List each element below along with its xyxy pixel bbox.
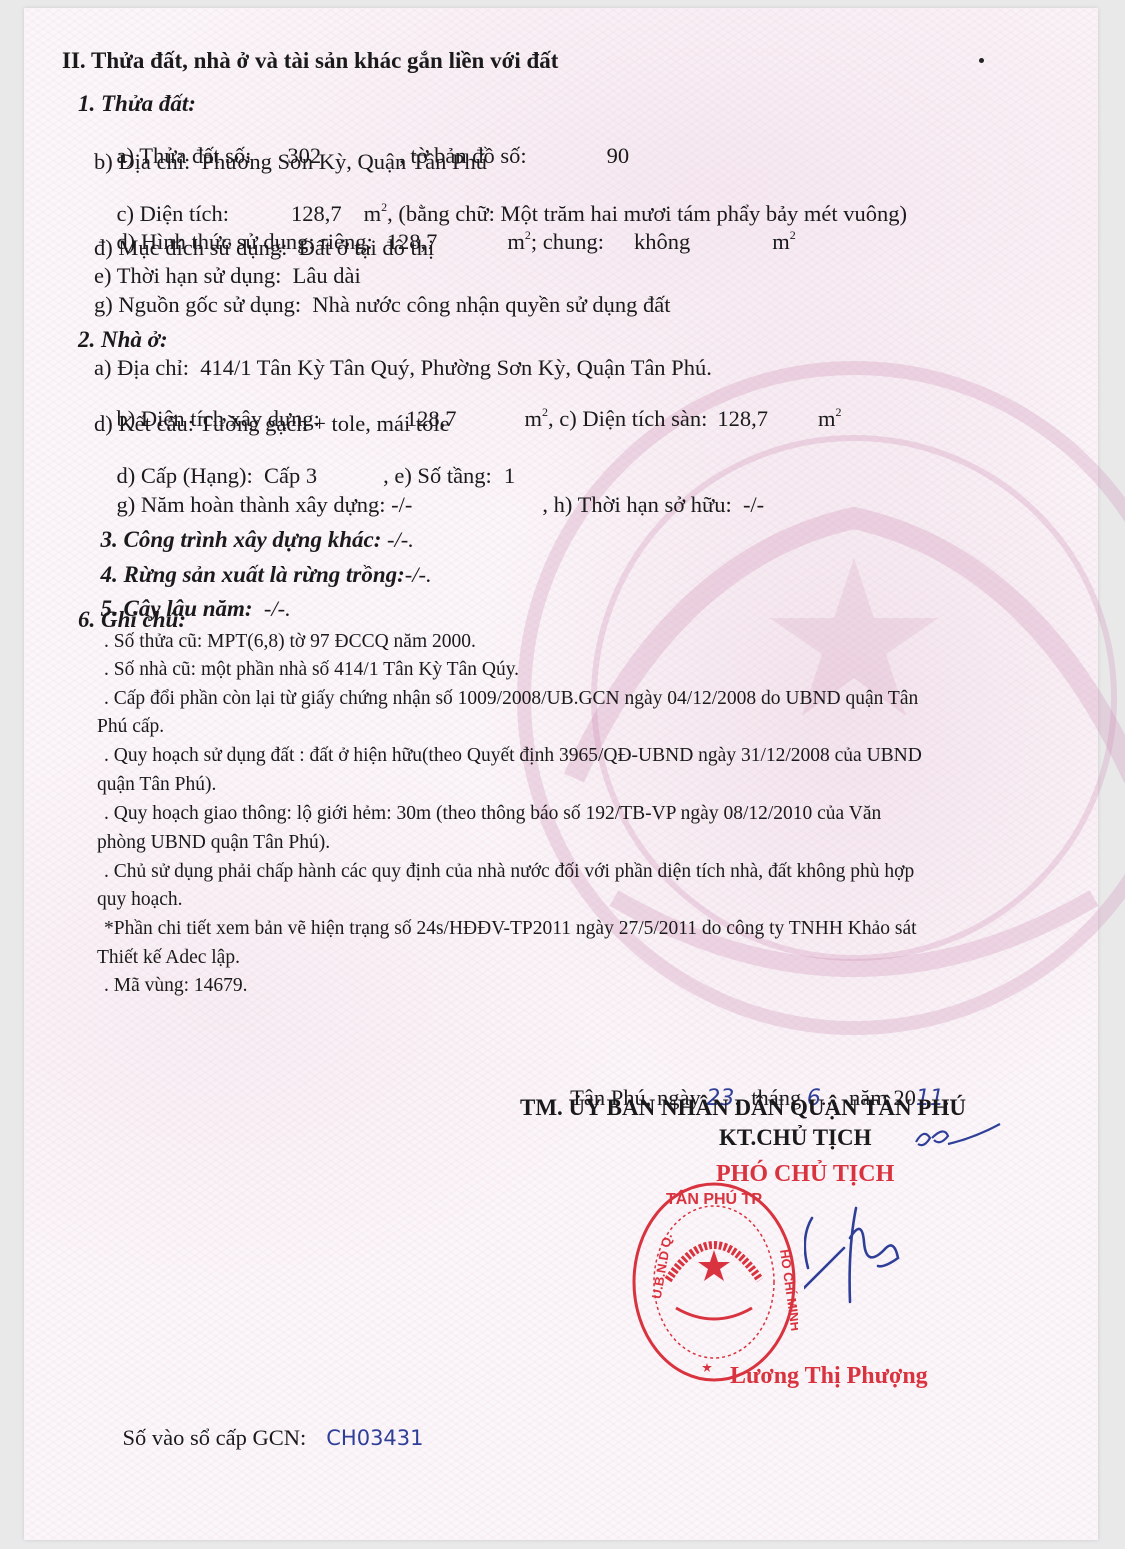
house-heading: 2. Nhà ở: [78, 328, 168, 351]
note-line: . Quy hoạch sử dụng đất : đất ở hiện hữu… [104, 746, 922, 766]
private-area-unit: m [507, 229, 525, 254]
perennial-trees-value: -/-. [253, 596, 291, 621]
land-purpose: đ) Mục đích sử dụng: Đất ở tại đô thị [94, 237, 434, 260]
note-line: . Mã vùng: 14679. [104, 976, 248, 996]
note-line: . Chủ sử dụng phải chấp hành các quy địn… [104, 862, 914, 882]
notes-heading: 6. Ghi chú: [78, 608, 186, 631]
note-line: Phú cấp. [97, 717, 164, 737]
note-line: *Phần chi tiết xem bản vẽ hiện trạng số … [104, 919, 917, 939]
certificate-page: II. Thửa đất, nhà ở và tài sản khác gắn … [24, 8, 1098, 1540]
note-line: . Quy hoạch giao thông: lộ giới hẻm: 30m… [104, 804, 881, 824]
shared-area-value: không [634, 229, 690, 254]
land-origin: g) Nguồn gốc sử dụng: Nhà nước công nhận… [94, 294, 671, 317]
official-seal-icon: TÂN PHÚ TP U.B.N.D Q. HỒ CHÍ MINH [630, 1180, 798, 1388]
building-area-unit: m [525, 406, 543, 431]
emblem-watermark-icon [454, 138, 1125, 1138]
land-heading: 1. Thửa đất: [78, 92, 196, 115]
floor-area-label: , c) Diện tích sàn: [548, 406, 707, 431]
deputy-line: KT.CHỦ TỊCH [719, 1126, 872, 1149]
registry-number: CH03431 [326, 1426, 423, 1450]
ink-dot [979, 58, 984, 63]
map-sheet-value: 90 [607, 143, 630, 168]
registry-label: Số vào sổ cấp GCN: [123, 1425, 307, 1450]
planted-forest-value: -/-. [405, 562, 432, 587]
signature-icon [804, 1198, 924, 1308]
signer-name: Lương Thị Phượng [730, 1364, 928, 1388]
floor-area-value: 128,7 [717, 406, 768, 431]
land-address: b) Địa chỉ: Phường Sơn Kỳ, Quận Tân Phú [94, 151, 487, 174]
note-line: quận Tân Phú). [97, 775, 216, 795]
note-line: phòng UBND quận Tân Phú). [97, 833, 330, 853]
note-line: . Số nhà cũ: một phần nhà số 414/1 Tân K… [104, 660, 519, 680]
note-line: quy hoạch. [97, 890, 183, 910]
note-line: . Cấp đổi phần còn lại từ giấy chứng nhậ… [104, 689, 918, 709]
shared-area-label: ; chung: [531, 229, 604, 254]
svg-text:TÂN PHÚ TP: TÂN PHÚ TP [666, 1189, 762, 1208]
land-term: e) Thời hạn sử dụng: Lâu dài [94, 265, 361, 288]
section-title: II. Thửa đất, nhà ở và tài sản khác gắn … [62, 49, 558, 72]
registry-row: Số vào sổ cấp GCN:CH03431 [100, 1404, 424, 1472]
note-line: Thiết kế Adec lập. [97, 948, 240, 968]
issuing-authority: TM. ỦY BAN NHÂN DÂN QUẬN TÂN PHÚ [520, 1096, 966, 1119]
floor-area-unit: m [818, 406, 836, 431]
shared-area-unit: m [772, 229, 790, 254]
initials-mark-icon [914, 1120, 1004, 1170]
ownership-term: , h) Thời hạn sở hữu: -/- [542, 492, 764, 517]
note-line: . Số thửa cũ: MPT(6,8) tờ 97 ĐCCQ năm 20… [104, 632, 476, 652]
svg-text:HỒ CHÍ MINH: HỒ CHÍ MINH [777, 1248, 798, 1332]
svg-text:U.B.N.D Q.: U.B.N.D Q. [649, 1233, 675, 1300]
house-structure: d) Kết cấu: Tường gạch + tole, mái tole [94, 413, 450, 436]
house-address: a) Địa chỉ: 414/1 Tân Kỳ Tân Quý, Phường… [94, 357, 712, 380]
